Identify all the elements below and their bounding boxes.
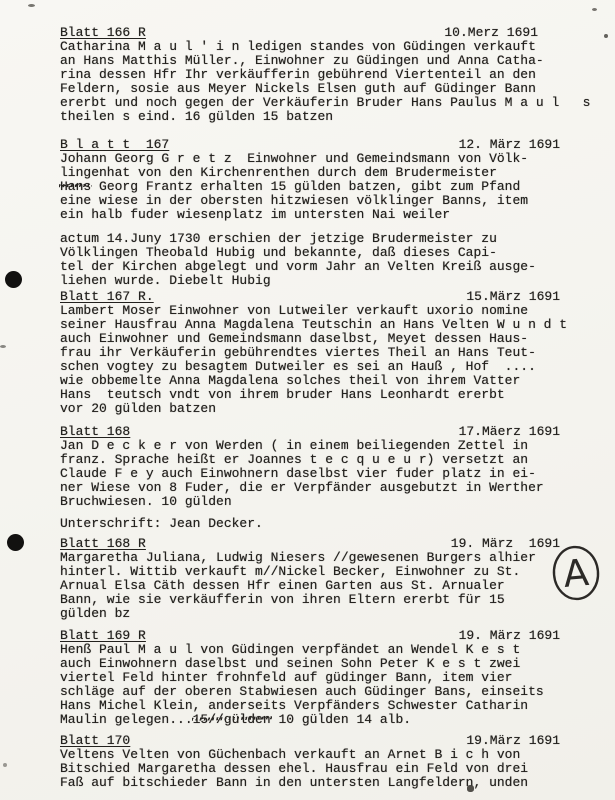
circled-letter-annotation: A [547, 541, 604, 605]
entry-block: Blatt 17019.März 1691Veltens Velten von … [60, 734, 608, 790]
scanned-document-page: Blatt 166 R10.Merz 1691Catharina M a u l… [0, 0, 615, 800]
entry-title: Blatt 168 R [60, 536, 146, 551]
text-line: Hans Georg Frantz erhalten 15 gülden bat… [60, 180, 608, 194]
text-segment: Maulin gelegen... [60, 712, 193, 727]
text-line: viertel Feld hinter frohnfeld auf güding… [60, 671, 608, 685]
ink-speck [28, 4, 35, 7]
struck-text: Hans [60, 179, 91, 194]
text-line: ererbt und noch gegen der Verkäuferin Br… [60, 96, 608, 110]
entry-date: 10.Merz 1691 [444, 26, 538, 40]
text-line: lingenhat von den Kirchenrenthen durch d… [60, 166, 608, 180]
text-line: ein halb fuder wiesenplatz im untersten … [60, 208, 608, 222]
text-line: seiner Hausfrau Anna Magdalena Teutschin… [60, 318, 608, 332]
entry-title: Blatt 167 R. [60, 289, 154, 304]
text-line: wie obbemelte Anna Magdalena solches the… [60, 374, 608, 388]
entry-block: Blatt 168 R19. März 1691Margaretha Julia… [60, 537, 608, 621]
ink-speck [3, 763, 7, 767]
entry-date: 12. März 1691 [459, 138, 560, 152]
entry-date: 19. März 1691 [451, 537, 560, 551]
text-line: Bruchwiesen. 10 gülden [60, 495, 608, 509]
entry-date: 19. März 1691 [459, 629, 560, 643]
text-line: auch Einwohnern daselbst und seinen Sohn… [60, 657, 608, 671]
margin-bullet-mark [7, 534, 24, 551]
text-line: Bitschied Margaretha dessen ehel. Hausfr… [60, 762, 608, 776]
text-line: Lambert Moser Einwohner von Lutweiler ve… [60, 304, 608, 318]
text-line: Faß auf bitschieder Bann in den unterste… [60, 776, 608, 790]
annotation-letter: A [562, 551, 591, 596]
entry-block: Blatt 167 R.15.März 1691Lambert Moser Ei… [60, 290, 608, 416]
text-line: theilen s eind. 16 gülden 15 batzen [60, 110, 608, 124]
text-line: actum 14.Juny 1730 erschien der jetzige … [60, 232, 608, 246]
text-line: eine wiese in der obersten hitzwiesen vö… [60, 194, 608, 208]
ink-speck [0, 345, 6, 348]
text-line: Claude F e y auch Einwohnern daselbst vi… [60, 467, 608, 481]
text-line: schen vogtey zu besagtem Dutweiler es se… [60, 360, 608, 374]
text-line: tel der Kirchen abgelegt und vorm Jahr a… [60, 260, 608, 274]
entry-title: Blatt 169 R [60, 628, 146, 643]
entry-block: Blatt 16817.Mäerz 1691Jan D e c k e r vo… [60, 425, 608, 531]
text-line: Feldern, sosie aus Meyer Nickels Elsen g… [60, 82, 608, 96]
entry-header: Blatt 167 R.15.März 1691 [60, 290, 608, 304]
margin-bullet-mark [5, 271, 22, 288]
text-line: Margaretha Juliana, Ludwig Niesers //gew… [60, 551, 608, 565]
text-line: auch Einwohner und Gemeindsmann daselbst… [60, 332, 608, 346]
entry-header: B l a t t 16712. März 1691 [60, 138, 608, 152]
text-line: Hans teutsch vndt von ihrem bruder Hans … [60, 388, 608, 402]
entry-date: 19.März 1691 [466, 734, 560, 748]
entry-title: Blatt 168 [60, 424, 130, 439]
entry-header: Blatt 166 R10.Merz 1691 [60, 26, 608, 40]
struck-text: 15//gülden [193, 712, 271, 727]
ink-speck [592, 8, 597, 11]
entry-date: 15.März 1691 [466, 290, 560, 304]
entry-title: B l a t t 167 [60, 137, 169, 152]
text-line: gülden bz [60, 607, 608, 621]
text-line: Völklingen Theobald Hubig und bekannte, … [60, 246, 608, 260]
text-line: Henß Paul M a u l von Güdingen verpfände… [60, 643, 608, 657]
text-line: rina dessen Hfr Ihr verkäufferin gebühre… [60, 68, 608, 82]
entry-block: B l a t t 16712. März 1691Johann Georg G… [60, 138, 608, 288]
text-line: ner Wiese von 8 Fuder, die er Verpfänder… [60, 481, 608, 495]
entry-header: Blatt 169 R19. März 1691 [60, 629, 608, 643]
text-line: franz. Sprache heißt er Joannes t e c q … [60, 453, 608, 467]
text-segment: 10 gülden 14 alb. [271, 712, 411, 727]
entry-date: 17.Mäerz 1691 [459, 425, 560, 439]
text-line: Johann Georg G r e t z Einwohner und Gem… [60, 152, 608, 166]
entry-header: Blatt 16817.Mäerz 1691 [60, 425, 608, 439]
text-line: Veltens Velten von Güchenbach verkauft a… [60, 748, 608, 762]
entry-block: Blatt 166 R10.Merz 1691Catharina M a u l… [60, 26, 608, 124]
entry-header: Blatt 17019.März 1691 [60, 734, 608, 748]
document-text-column: Blatt 166 R10.Merz 1691Catharina M a u l… [60, 26, 608, 790]
text-segment: Georg Frantz erhalten 15 gülden batzen, … [91, 179, 520, 194]
text-line: Arnual Elsa Cäth dessen Hfr einen Garten… [60, 579, 608, 593]
ink-speck [604, 34, 608, 38]
entry-header: Blatt 168 R19. März 1691 [60, 537, 608, 551]
text-line: Hans Michel Klein, anderseits Verpfänder… [60, 699, 608, 713]
text-line: schläge auf der oberen Stabwiesen auch G… [60, 685, 608, 699]
entry-title: Blatt 170 [60, 733, 130, 748]
text-line: frau ihr Verkäuferin gebührendtes vierte… [60, 346, 608, 360]
entry-title: Blatt 166 R [60, 25, 146, 40]
text-line: vor 20 gülden batzen [60, 402, 608, 416]
ink-speck [467, 785, 474, 792]
text-line: hinterl. Wittib verkauft m//Nickel Becke… [60, 565, 608, 579]
text-line: Bann, wie sie verkäufferin von ihren Elt… [60, 593, 608, 607]
text-line: liehen wurde. Diebelt Hubig [60, 274, 608, 288]
entry-block: Blatt 169 R19. März 1691Henß Paul M a u … [60, 629, 608, 727]
text-line: Catharina M a u l ' i n ledigen standes … [60, 40, 608, 54]
text-line: Unterschrift: Jean Decker. [60, 517, 608, 531]
text-line: Maulin gelegen...15//gülden 10 gülden 14… [60, 713, 608, 727]
text-line: Jan D e c k e r von Werden ( in einem be… [60, 439, 608, 453]
text-line: an Hans Matthis Müller., Einwohner zu Gü… [60, 54, 608, 68]
